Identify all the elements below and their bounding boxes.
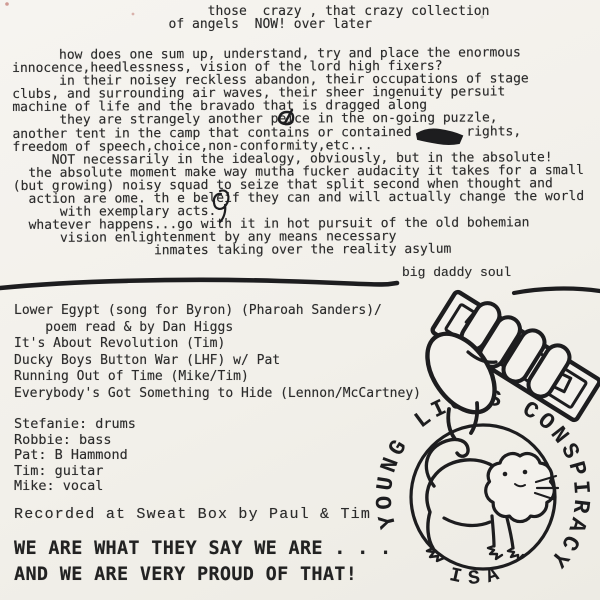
hand-illustration [414, 291, 600, 439]
band-credits: Stefanie: drums Robbie: bass Pat: B Hamm… [14, 417, 136, 495]
lion-eye [523, 470, 528, 475]
stamp-bottom-text: ISA [447, 561, 509, 591]
wrist-line [448, 409, 455, 439]
divider-line-right [514, 289, 600, 293]
lion-front-paw [488, 546, 502, 559]
motto-text: WE ARE WHAT THEY SAY WE ARE . . . AND WE… [14, 536, 391, 587]
lion-front-paw [508, 548, 523, 560]
thumb-crease [468, 352, 496, 362]
held-frame [431, 291, 600, 422]
lion-eye [503, 472, 508, 477]
track-list: Lower Egypt (song for Byron) (Pharoah Sa… [14, 303, 421, 403]
lion-mane [486, 454, 555, 522]
lion-stamp: YOUNG LIONS CONSPIRACY ISA [372, 386, 595, 591]
wrist-line [471, 403, 477, 433]
hand-fingers [457, 299, 574, 402]
lion-illustration [426, 439, 558, 561]
liner-notes-page: those crazy , that crazy collection of a… [0, 0, 600, 600]
stamp-circle [411, 425, 555, 569]
hand-palm [414, 321, 509, 424]
ink-speck [5, 2, 9, 6]
manifesto-text: how does one sum up, understand, try and… [12, 46, 584, 258]
byline-text: big daddy soul [402, 265, 511, 280]
lion-whiskers [535, 476, 558, 499]
recording-credit: Recorded at Sweat Box by Paul & Tim [14, 506, 371, 523]
header-text: those crazy , that crazy collection of a… [12, 5, 489, 31]
divider-line [0, 280, 397, 288]
stamp-arc-text: YOUNG LIONS CONSPIRACY [372, 386, 595, 576]
lion-hind-paw [427, 548, 444, 561]
lion-tail [426, 439, 468, 486]
